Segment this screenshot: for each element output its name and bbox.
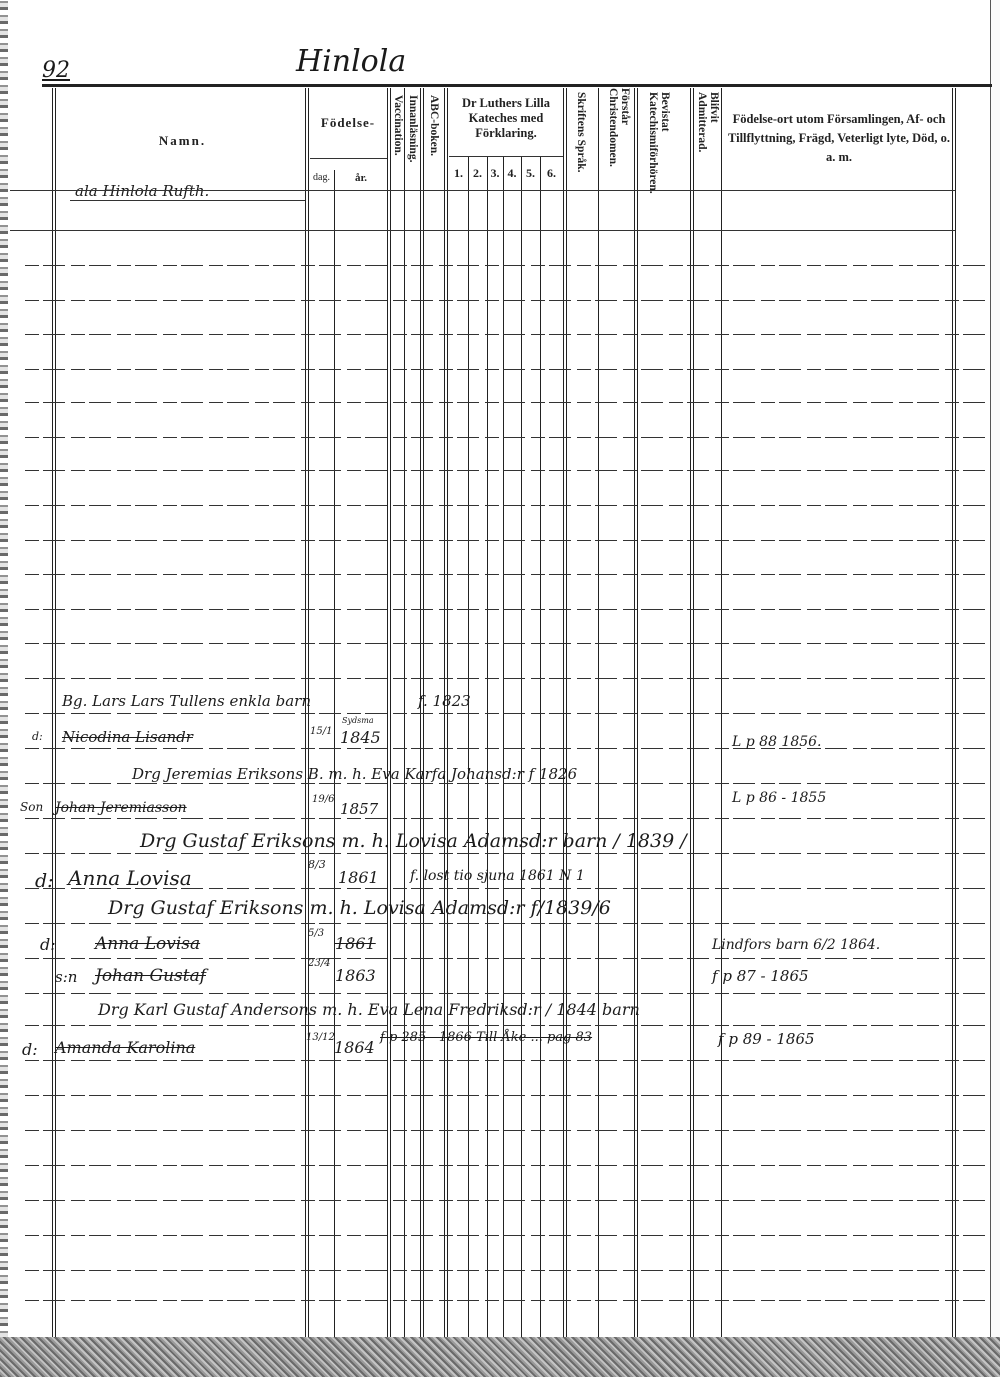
entry-year: 1857	[340, 800, 378, 818]
entry-extra: f. lost tio sjuna 1861 N 1	[410, 868, 585, 884]
entry-extra: f p 285 - 1866 Till Åke ... pag 83	[380, 1030, 592, 1045]
header-skriftens-sprak: Skriftens Språk.	[575, 92, 587, 192]
scan-right-edge	[990, 0, 1000, 1340]
entry-relation: d:	[35, 870, 54, 892]
entry-name: Nicodina Lisandr	[62, 728, 193, 746]
scan-left-edge	[0, 0, 8, 1340]
entry-name: Anna Lovisa	[95, 934, 200, 954]
entry-name: Johan Jeremiasson	[55, 800, 187, 816]
header-fodelse: Födelse-	[308, 115, 388, 131]
entry-note: L p 88 1856.	[732, 734, 822, 750]
luther-col-6: 6.	[540, 166, 563, 181]
header-innanlasning: Innanläsning.	[407, 95, 419, 190]
entry-day: 15/1	[310, 726, 332, 737]
entry-household: Drg Gustaf Eriksons m. h. Lovisa Adamsd:…	[140, 830, 687, 852]
header-vaccination: Vaccination.	[392, 95, 404, 185]
entry-relation: s:n	[55, 968, 77, 986]
header-namn: Namn.	[60, 133, 305, 149]
luther-col-2: 2.	[468, 166, 487, 181]
entry-year: 1861	[335, 934, 376, 953]
luther-col-5: 5.	[521, 166, 540, 181]
entry-note: Lindfors barn 6/2 1864.	[712, 937, 880, 953]
luther-col-3: 3.	[487, 166, 503, 181]
entry-day: 23/4	[308, 958, 330, 969]
luther-col-1: 1.	[449, 166, 468, 181]
entry-relation: d:	[32, 730, 43, 743]
header-blifvit: Blifvit Admitterad.	[698, 92, 720, 182]
entry-day: 8/3	[308, 858, 326, 871]
entry-relation: d:	[22, 1040, 38, 1059]
entry-name: Anna Lovisa	[68, 866, 192, 890]
entry-year: 1845	[340, 728, 381, 747]
entry-note: L p 86 - 1855	[732, 790, 826, 806]
header-bevistat: Bevistat Katechismiförhören.	[643, 92, 671, 192]
header-abc-boken: ABC-boken.	[428, 95, 440, 175]
scan-bottom-edge	[0, 1337, 1000, 1377]
entry-relation: Son	[20, 800, 43, 814]
village-name: ala Hinlola Rufth.	[75, 182, 209, 200]
entry-day: 13/12	[306, 1032, 335, 1043]
title-rule	[42, 84, 992, 87]
luther-col-4: 4.	[503, 166, 521, 181]
entry-year: 1864	[334, 1038, 375, 1057]
entry-name: Amanda Karolina	[55, 1038, 195, 1057]
entry-name: Johan Gustaf	[95, 966, 206, 986]
header-ar: år.	[335, 172, 387, 184]
entry-day: 5/3	[308, 928, 324, 939]
entry-note: f p 87 - 1865	[712, 967, 809, 985]
entry-household: Drg Gustaf Eriksons m. h. Lovisa Adamsd:…	[108, 897, 611, 919]
entry-note: f p 89 - 1865	[718, 1030, 815, 1048]
page-number: 92	[42, 58, 70, 83]
entry-household: Bg. Lars Lars Tullens enkla barn	[62, 692, 311, 710]
entry-household: Drg Jeremias Eriksons B. m. h. Eva Karfa…	[132, 765, 577, 783]
entry-year: 1863	[335, 966, 376, 985]
header-dag: dag.	[309, 172, 334, 183]
entry-year-note: Sydsma	[342, 716, 374, 725]
entry-day: 19/6	[312, 794, 334, 805]
parish-title: Hinlola	[296, 44, 406, 79]
header-luther: Dr Luthers Lilla Kateches med Förklaring…	[449, 96, 563, 141]
entry-household: Drg Karl Gustaf Andersons m. h. Eva Lena…	[98, 1000, 640, 1019]
entry-year: f. 1823	[418, 692, 471, 710]
header-notes: Födelse-ort utom Församlingen, Af- och T…	[728, 110, 950, 167]
header-forstar: Förstår Christendomen.	[603, 88, 631, 188]
entry-year: 1861	[338, 868, 379, 887]
entry-relation: d:	[40, 935, 56, 954]
